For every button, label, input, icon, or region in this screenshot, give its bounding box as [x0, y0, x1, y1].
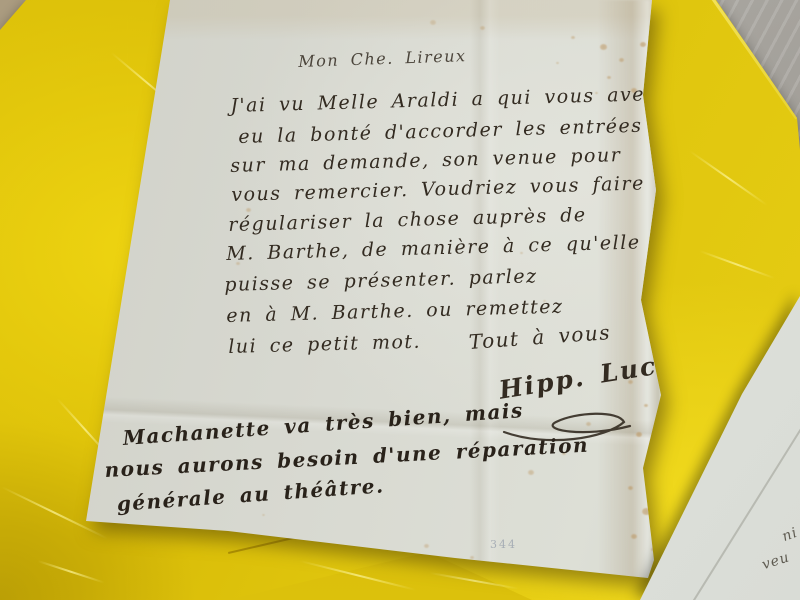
second-paper: ni veu	[0, 0, 800, 600]
second-paper-wrap: ni veu	[0, 0, 800, 600]
second-paper-crease	[692, 419, 800, 600]
second-paper-writing: ni	[780, 525, 800, 545]
photo-canvas: Mon Che. Lireux J'ai vu Melle Araldi a q…	[0, 0, 800, 600]
second-paper-writing: veu	[760, 549, 792, 573]
